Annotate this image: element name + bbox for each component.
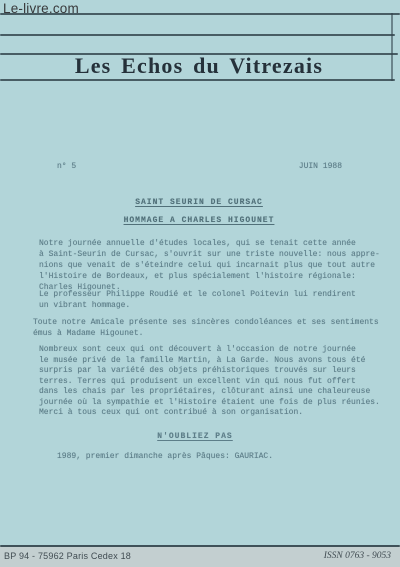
article-title: SAINT SEURIN DE CURSAC <box>0 197 398 208</box>
body-paragraph: Notre journée annuelle d'études locales,… <box>39 238 380 293</box>
horizontal-rule <box>0 79 395 81</box>
body-paragraph: Nombreux sont ceux qui ont découvert à l… <box>39 345 380 409</box>
body-paragraph: Toute notre Amicale présente ses sincère… <box>33 317 379 339</box>
horizontal-rule <box>0 34 395 36</box>
body-paragraph: Merci à tous ceux qui ont contribué à so… <box>39 407 303 418</box>
body-paragraph: Le professeur Philippe Roudié et le colo… <box>39 289 356 311</box>
reminder-heading: N'OUBLIEZ PAS <box>0 431 390 442</box>
scanned-cover: Le-livre.com Les Echos du Vitrezais n° 5… <box>0 0 400 567</box>
horizontal-rule <box>0 545 400 547</box>
issue-date: JUIN 1988 <box>299 161 342 172</box>
publisher-address: BP 94 - 75962 Paris Cedex 18 <box>4 551 131 561</box>
reminder-date-line: 1989, premier dimanche après Pâques: GAU… <box>57 451 273 462</box>
publication-title: Les Echos du Vitrezais <box>0 54 398 78</box>
horizontal-rule <box>0 13 400 15</box>
article-subtitle: HOMMAGE A CHARLES HIGOUNET <box>0 215 398 226</box>
issue-number: n° 5 <box>57 161 76 172</box>
issn-number: ISSN 0763 - 9053 <box>324 551 391 561</box>
